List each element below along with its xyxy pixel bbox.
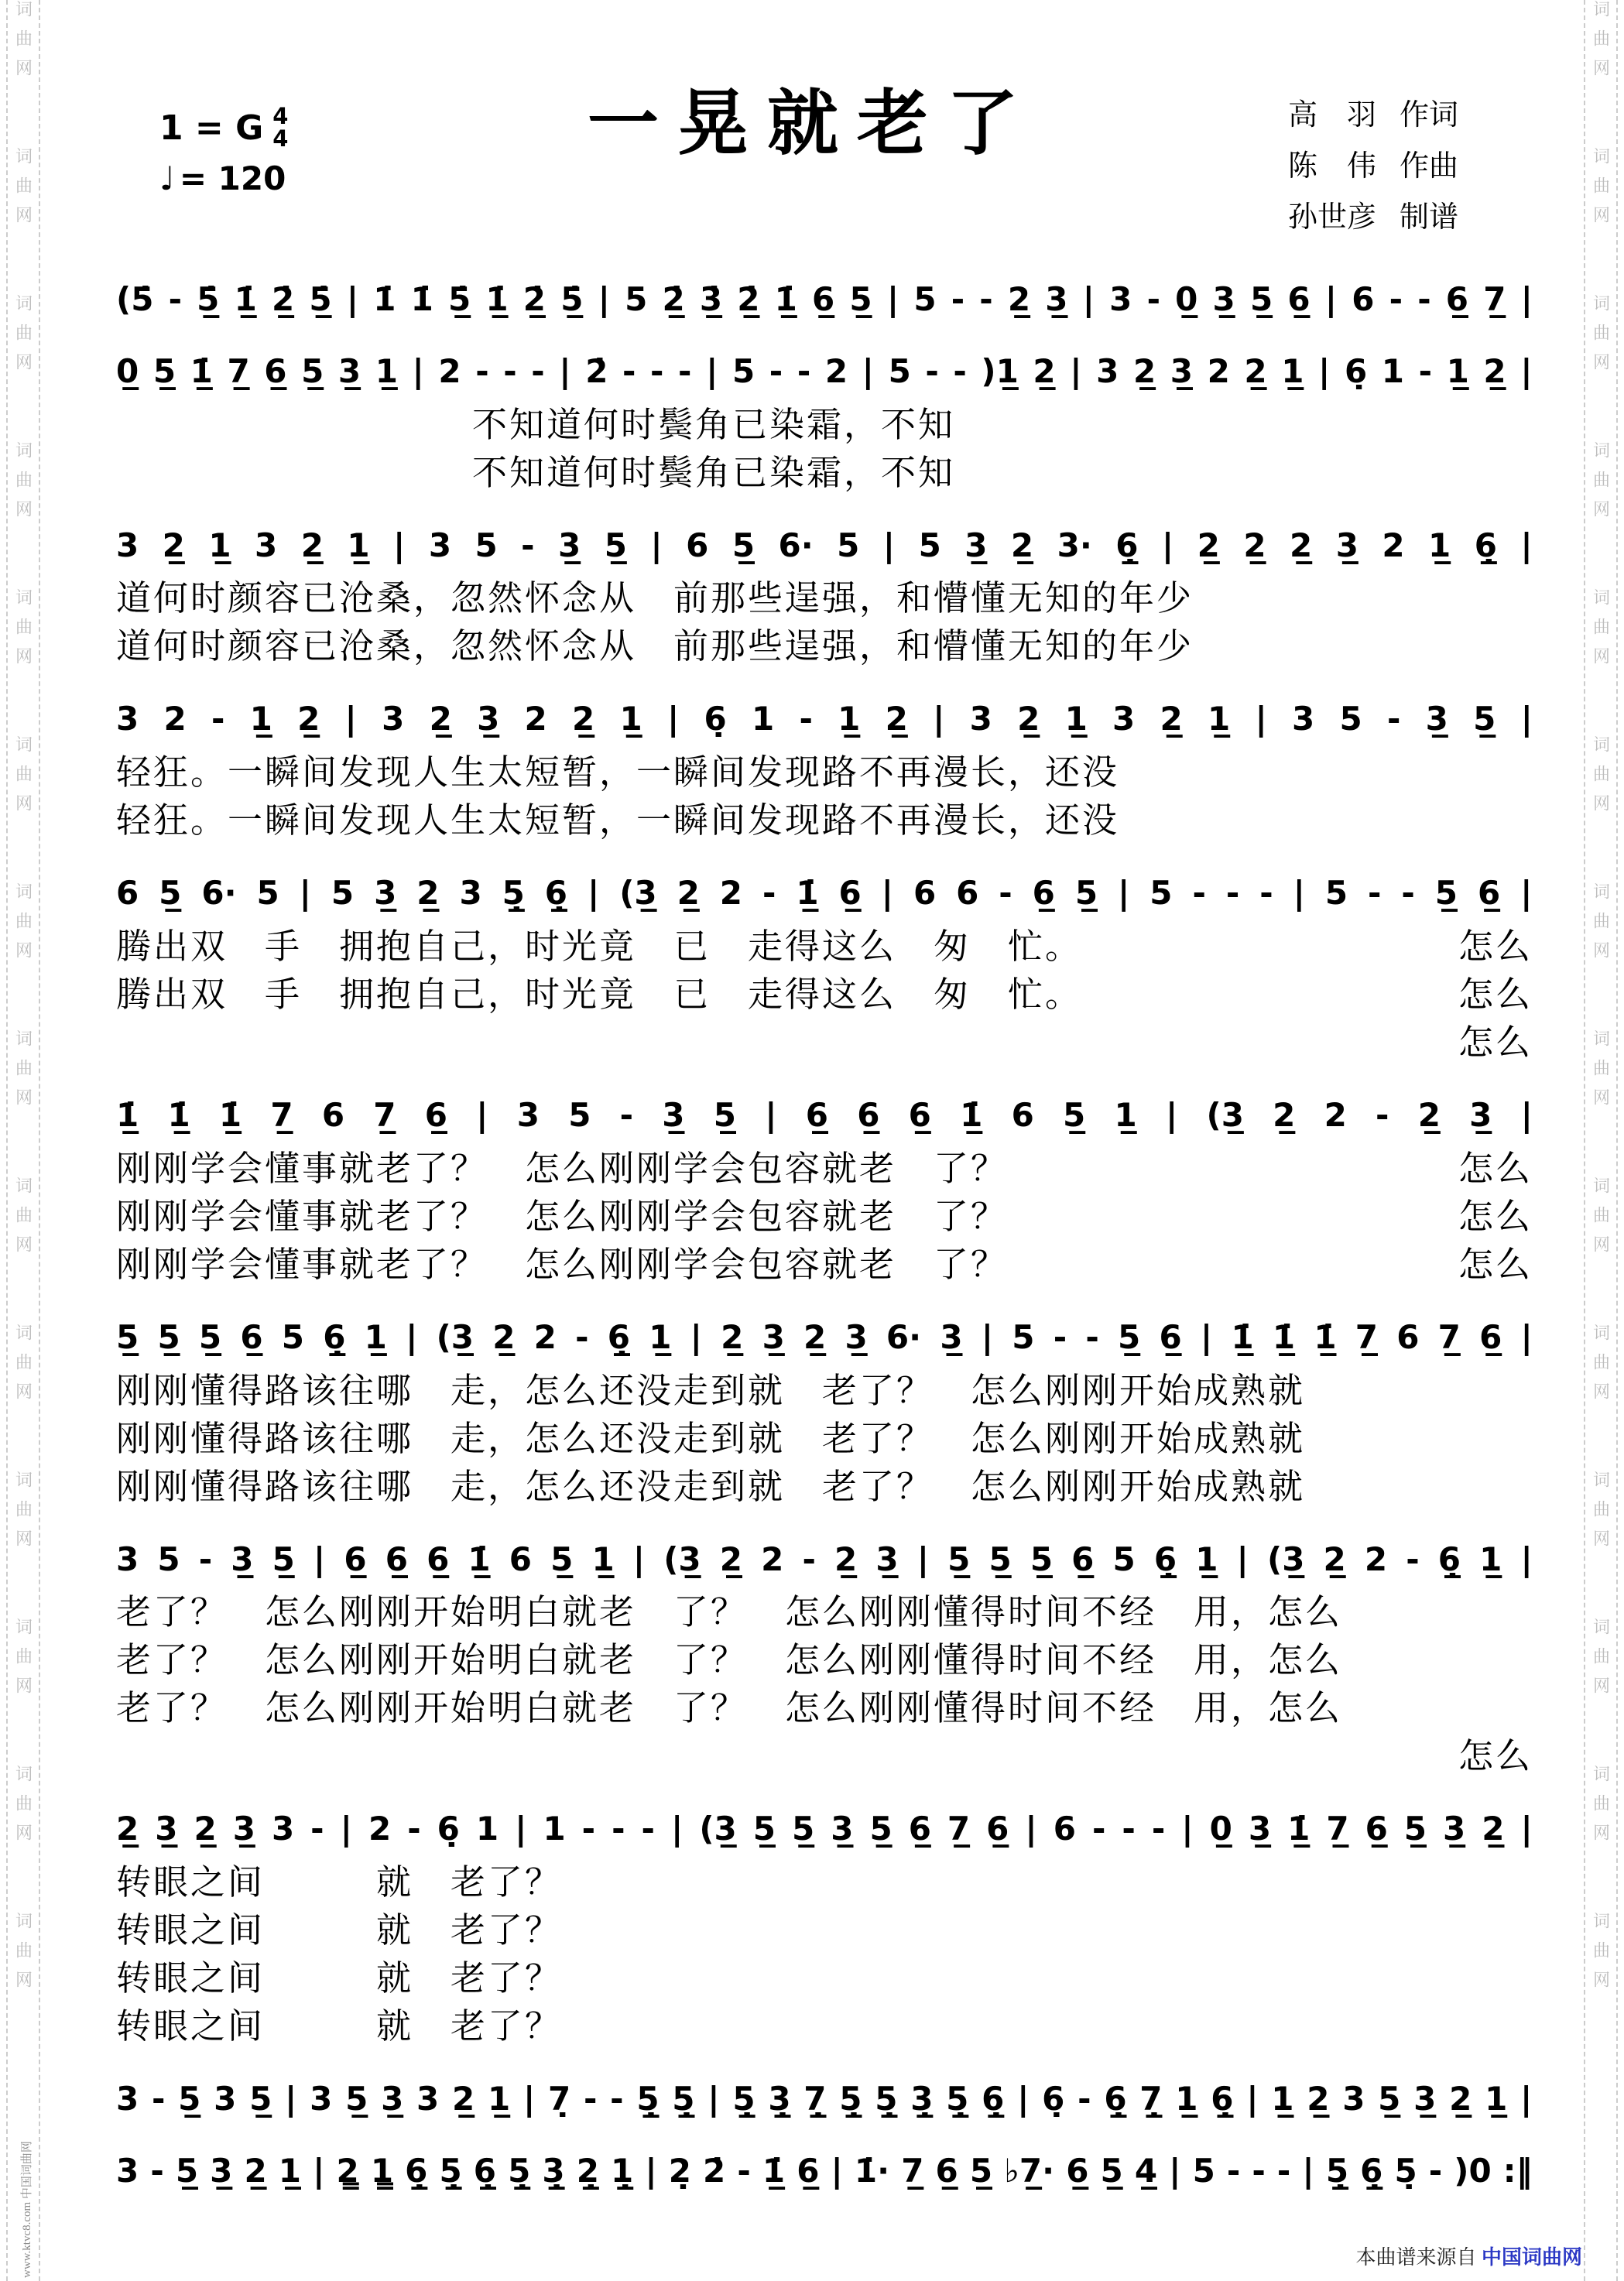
note-token: 2̲ bbox=[1482, 1807, 1504, 1852]
note-token: 6̲ bbox=[1479, 1315, 1502, 1361]
note-token: 3̲ bbox=[1045, 277, 1067, 323]
notation-line: 3-5̲3̲2̲1̲|2̳1̳6̣̲5̣̲6̣̲5̣̲3̣̲2̣̲1̣̲|2̣2… bbox=[116, 2149, 1533, 2194]
note-token: 3 bbox=[310, 2077, 332, 2122]
note-token: 2 bbox=[1208, 349, 1230, 395]
note-token: - bbox=[1401, 871, 1414, 916]
note-token: 6̣̲ bbox=[1115, 523, 1138, 569]
note-token: 3̲ bbox=[964, 523, 987, 569]
note-token: 5̣̲ bbox=[839, 2077, 862, 2122]
note-token: 5̲ bbox=[1030, 1537, 1053, 1583]
note-token: 6̣̲ bbox=[1438, 1537, 1461, 1583]
barline: | bbox=[588, 871, 599, 916]
corner-watermark: www.ktvc8.com 中国词曲网 bbox=[18, 2141, 34, 2278]
note-token: 3̲̇ bbox=[700, 277, 722, 323]
note-token: 1̇· bbox=[855, 2149, 889, 2194]
note-token: 5̣̲ bbox=[946, 2077, 968, 2122]
score-line: 3-5̲3̲2̲1̲|2̳1̳6̣̲5̣̲6̣̲5̣̲3̣̲2̣̲1̣̲|2̣2… bbox=[116, 2149, 1533, 2194]
barline: | bbox=[1166, 1093, 1177, 1139]
note-token: 5̣ bbox=[1394, 2149, 1417, 2194]
note-token: 5̲ bbox=[550, 1537, 573, 1583]
lyric-text: 不知道何时鬓角已染霜，不知 bbox=[472, 401, 955, 449]
note-token: 3 bbox=[116, 1537, 139, 1583]
note-token: 3 bbox=[255, 523, 277, 569]
note-token: 1̲ bbox=[250, 697, 272, 742]
lyric-text: 老了？ 怎么刚刚开始明白就老 了？ 怎么刚刚懂得时间不经 用，怎么 bbox=[116, 1636, 1342, 1684]
note-token: 2̲ bbox=[1243, 523, 1266, 569]
note-token: 2̲ bbox=[492, 1315, 515, 1361]
barline: | bbox=[1521, 1093, 1533, 1139]
note-token: 6̲ bbox=[1365, 1807, 1388, 1852]
barline: | bbox=[1521, 1807, 1533, 1852]
note-token: 3 bbox=[116, 2077, 139, 2122]
note-token: 2̲ bbox=[163, 523, 185, 569]
note-token: - bbox=[979, 277, 992, 323]
note-token: 6̲ bbox=[986, 1807, 1009, 1852]
note-token: - bbox=[762, 871, 776, 916]
note-token: 3 bbox=[429, 523, 451, 569]
notation-line: (5̇-5̲̇1̲̇2̲̇5̲̇|1̇1̇̇5̲̇1̲̇2̲̇5̲̇|52̲̇3… bbox=[116, 277, 1533, 323]
note-token: 2̲ bbox=[1160, 697, 1183, 742]
note-token: 2̲̇ bbox=[662, 277, 684, 323]
note-token: 6̲ bbox=[936, 2149, 958, 2194]
lyric-row: 转眼之间 就 老了？ bbox=[116, 2002, 1533, 2050]
note-token: - bbox=[953, 349, 966, 395]
note-token: 6· bbox=[779, 523, 814, 569]
note-token: 1̲ bbox=[1114, 1093, 1136, 1139]
notator-role: 制谱 bbox=[1400, 192, 1458, 243]
notation-line: 65̲6·5|53̲2̲35̣̲6̣̲|(3̲2̲2-1̲̇6̲|66-6̲5̲… bbox=[116, 871, 1533, 916]
barline: | bbox=[1521, 1315, 1533, 1361]
credits: 高 羽 作词 陈 伟 作曲 孙世彦 制谱 bbox=[1288, 90, 1458, 243]
note-token: 2̲ bbox=[1324, 1537, 1346, 1583]
barline: | bbox=[982, 1315, 993, 1361]
barline: | bbox=[1255, 697, 1266, 742]
note-token: 2̲ bbox=[430, 697, 452, 742]
note-token: - bbox=[1192, 871, 1205, 916]
note-token: 5̲ bbox=[272, 1537, 295, 1583]
lyric-row: 刚刚懂得路该往哪 走，怎么还没走到就 老了？ 怎么刚刚开始成熟就 bbox=[116, 1367, 1533, 1415]
note-token: 3̲ bbox=[662, 1093, 684, 1139]
note-token: 5̲ bbox=[1250, 277, 1273, 323]
note-token: 6̣ bbox=[1042, 2077, 1064, 2122]
note-token: 3 bbox=[116, 697, 139, 742]
note-token: 6̣ bbox=[437, 1807, 460, 1852]
lyric-row: 转眼之间 就 老了？ bbox=[116, 1954, 1533, 2002]
left-watermark-strip: 词曲网 词曲网 词曲网 词曲网 词曲网 词曲网 词曲网 词曲网 词曲网 词曲网 … bbox=[6, 0, 40, 2281]
lyric-row: 轻狂。一瞬间发现人生太短暂，一瞬间发现路不再漫长，还没 bbox=[116, 748, 1533, 796]
note-token: 5 bbox=[1193, 2149, 1215, 2194]
note-token: 6̲ bbox=[838, 871, 861, 916]
note-token: - bbox=[475, 349, 488, 395]
note-token: 2 bbox=[368, 1807, 391, 1852]
note-token: 6 bbox=[1012, 1093, 1034, 1139]
note-token: 6 bbox=[1396, 1315, 1419, 1361]
note-token: 4̲ bbox=[1135, 2149, 1157, 2194]
lyric-text: 腾出双 手 拥抱自己，时光竟 已 走得这么 匆 忙。 bbox=[116, 971, 1082, 1019]
note-token: 2̲ bbox=[720, 1537, 742, 1583]
note-token: - bbox=[1147, 277, 1160, 323]
lyric-text: 转眼之间 就 老了？ bbox=[116, 1858, 562, 1906]
note-token: 1̲ bbox=[1281, 349, 1304, 395]
barline: | bbox=[345, 697, 357, 742]
note-token: 3̲ bbox=[762, 1315, 785, 1361]
note-token: 5̲ bbox=[849, 277, 872, 323]
note-token: 5̲ bbox=[199, 1315, 221, 1361]
note-token: 1̲ bbox=[1208, 697, 1230, 742]
note-token: 5̲ bbox=[178, 2077, 200, 2122]
barline: | bbox=[708, 2077, 719, 2122]
note-token: 2̲ bbox=[572, 697, 594, 742]
note-token: 2̲ bbox=[1008, 277, 1030, 323]
note-token: 6̣̲ bbox=[405, 2149, 427, 2194]
note-token: 1̲ bbox=[1447, 349, 1469, 395]
lyric-row-end: 怎么 bbox=[1458, 1241, 1533, 1289]
note-token: 2 bbox=[1365, 1537, 1387, 1583]
note-token: 3 bbox=[1292, 697, 1314, 742]
note-token: 1̲ bbox=[347, 523, 369, 569]
note-token: - bbox=[1226, 871, 1239, 916]
lyric-text: 刚刚懂得路该往哪 走，怎么还没走到就 老了？ 怎么刚刚开始成熟就 bbox=[116, 1415, 1305, 1463]
lyric-row: 道何时颜容已沧桑，忽然怀念从 前那些逞强，和懵懂无知的年少 bbox=[116, 622, 1533, 670]
note-token: 3 bbox=[214, 2077, 236, 2122]
note-token: 2̲ bbox=[677, 871, 700, 916]
note-token: 1̲ bbox=[208, 523, 231, 569]
barline: | bbox=[598, 277, 610, 323]
note-token: 5̲ bbox=[301, 349, 324, 395]
right-watermark-text: 词曲网 词曲网 词曲网 词曲网 词曲网 词曲网 词曲网 词曲网 词曲网 词曲网 … bbox=[1589, 0, 1613, 2281]
barline: | bbox=[1181, 1807, 1193, 1852]
note-token: 3̲ bbox=[155, 1807, 177, 1852]
note-token: 2̣ bbox=[669, 2149, 691, 2194]
note-token: 5̲ bbox=[1118, 1315, 1140, 1361]
note-token: 6̲ bbox=[909, 1093, 931, 1139]
note-token: 6̣̲ bbox=[1360, 2149, 1382, 2194]
sheet-music-page: { "header": { "key_label": "1 = G", "tim… bbox=[0, 0, 1624, 2281]
note-token: 1̲̇ bbox=[796, 871, 818, 916]
note-token: - bbox=[951, 277, 964, 323]
note-token: 3 bbox=[116, 523, 139, 569]
lyric-row: 怎么 bbox=[116, 1732, 1533, 1780]
note-token: 6̲ bbox=[427, 1537, 449, 1583]
note-token: 2̲ bbox=[1011, 523, 1033, 569]
note-token: 5̣̲ bbox=[1326, 2149, 1348, 2194]
note-token: 6̣̲ bbox=[323, 1315, 345, 1361]
lyric-row: 刚刚学会懂事就老了？ 怎么刚刚学会包容就老 了？怎么 bbox=[116, 1241, 1533, 1289]
note-token: 1̲̇ bbox=[762, 2149, 785, 2194]
left-watermark-text: 词曲网 词曲网 词曲网 词曲网 词曲网 词曲网 词曲网 词曲网 词曲网 词曲网 … bbox=[12, 0, 36, 2281]
note-token: 5̣̲ bbox=[672, 2077, 694, 2122]
note-token: 1̣̲ bbox=[611, 2149, 633, 2194]
note-token: 5̲̇ bbox=[560, 277, 583, 323]
note-token: 2̲ bbox=[194, 1807, 216, 1852]
note-token: 5̲ bbox=[345, 2077, 368, 2122]
note-token: 3 bbox=[1112, 697, 1135, 742]
lyric-row: 转眼之间 就 老了？ bbox=[116, 1858, 1533, 1906]
note-token: 6̣̲ bbox=[1104, 2077, 1126, 2122]
note-token: - bbox=[1376, 1093, 1389, 1139]
note-token: 1̲ bbox=[1428, 523, 1451, 569]
note-token: (3̲ bbox=[437, 1315, 474, 1361]
notation-line: 2̲3̲2̲3̲3-|2-6̣1|1---|(3̲5̲5̲3̲5̲6̲7̲6̲|… bbox=[116, 1807, 1533, 1852]
note-token: 2̲ bbox=[1449, 2077, 1472, 2122]
barline: | bbox=[883, 523, 895, 569]
note-token: - bbox=[1122, 1807, 1135, 1852]
note-token: 1 bbox=[1382, 349, 1404, 395]
note-token: 3̲ bbox=[381, 2077, 403, 2122]
note-token: - bbox=[1389, 277, 1403, 323]
barline: | bbox=[1237, 1537, 1249, 1583]
note-token: - bbox=[575, 1315, 588, 1361]
barline: | bbox=[1520, 1537, 1532, 1583]
note-token: 6̣̲ bbox=[1154, 1537, 1177, 1583]
score-line: 0̲5̲1̲̇7̲6̲5̲3̲1̲|2---|2̇---|5--2|5--)1̲… bbox=[116, 349, 1533, 497]
note-token: 6 bbox=[956, 871, 978, 916]
note-token: 1̲ bbox=[1065, 697, 1088, 742]
note-token: 5̲ bbox=[1435, 871, 1458, 916]
barline: | bbox=[1520, 523, 1532, 569]
note-token: 7̲ bbox=[901, 2149, 923, 2194]
note-token: 1̲̇ bbox=[1273, 1315, 1295, 1361]
note-token: 6̣̲ bbox=[608, 1315, 630, 1361]
note-token: 2̲ bbox=[721, 1315, 743, 1361]
barline: | bbox=[1083, 277, 1095, 323]
note-token: 2̲̇ bbox=[737, 277, 759, 323]
note-token: - bbox=[737, 2149, 750, 2194]
note-token: )1̲ bbox=[981, 349, 1018, 395]
note-token: - bbox=[1277, 2149, 1290, 2194]
note-token: (3̲ bbox=[619, 871, 656, 916]
note-token: 5̲ bbox=[605, 523, 627, 569]
note-token: )0 bbox=[1454, 2149, 1491, 2194]
note-token: - bbox=[1419, 349, 1432, 395]
note-token: 3̲ bbox=[231, 1537, 253, 1583]
lyric-text: 老了？ 怎么刚刚开始明白就老 了？ 怎么刚刚懂得时间不经 用，怎么 bbox=[116, 1588, 1342, 1636]
note-token: 5̲ bbox=[753, 1807, 776, 1852]
barline: | bbox=[862, 349, 874, 395]
note-token: 1̲ bbox=[619, 697, 642, 742]
notation-line: 3-5̲35̲|35̲3̲32̲1̲|7̣--5̣̲5̣̲|5̣̲3̣̲7̣̲5… bbox=[116, 2077, 1533, 2122]
note-token: 3̲ bbox=[1413, 2077, 1436, 2122]
note-token: 6̲ bbox=[1071, 1537, 1094, 1583]
note-token: 6̲ bbox=[1159, 1315, 1181, 1361]
note-token: 5 bbox=[282, 1315, 304, 1361]
credit-composer: 陈 伟 作曲 bbox=[1288, 141, 1458, 192]
note-token: 6· bbox=[201, 871, 236, 916]
note-token: 3̣̲ bbox=[910, 2077, 933, 2122]
note-token: 3 bbox=[272, 1807, 294, 1852]
note-token: 1 bbox=[476, 1807, 499, 1852]
barline: | bbox=[1246, 2077, 1258, 2122]
lyric-text: 道何时颜容已沧桑，忽然怀念从 前那些逞强，和懵懂无知的年少 bbox=[116, 574, 1194, 622]
barline: | bbox=[523, 2077, 535, 2122]
lyricist-role: 作词 bbox=[1400, 90, 1458, 141]
note-token: - bbox=[1054, 1315, 1067, 1361]
note-token: - bbox=[620, 1093, 633, 1139]
lyric-row: 不知道何时鬓角已染霜，不知 bbox=[116, 401, 1533, 449]
note-token: 7̲ bbox=[227, 349, 249, 395]
lyric-row-end: 怎么 bbox=[1458, 971, 1533, 1019]
note-token: 1̲ bbox=[279, 2149, 301, 2194]
note-token: - bbox=[1152, 1807, 1165, 1852]
header: 1 = G 4 4 ♩ = 120 一晃就老了 高 羽 作词 陈 伟 作曲 孙世… bbox=[0, 0, 1624, 277]
note-token: 2 bbox=[1324, 1093, 1347, 1139]
lyric-row: 轻狂。一瞬间发现人生太短暂，一瞬间发现路不再漫长，还没 bbox=[116, 796, 1533, 844]
note-token: - bbox=[199, 1537, 212, 1583]
note-token: - bbox=[211, 697, 224, 742]
note-token: 2̇ bbox=[703, 2149, 725, 2194]
note-token: 6̣̲ bbox=[474, 2149, 496, 2194]
note-token: - bbox=[1227, 2149, 1240, 2194]
note-token: 5̲ bbox=[159, 871, 181, 916]
note-token: 1̲̇ bbox=[219, 1093, 242, 1139]
note-token: 3̲ bbox=[233, 1807, 255, 1852]
barline: | bbox=[1521, 697, 1533, 742]
note-token: - bbox=[310, 1807, 324, 1852]
note-token: 5̲ bbox=[1075, 871, 1098, 916]
lyric-text: 轻狂。一瞬间发现人生太短暂，一瞬间发现路不再漫长，还没 bbox=[116, 748, 1119, 796]
note-token: 6 bbox=[322, 1093, 344, 1139]
lyric-text: 转眼之间 就 老了？ bbox=[116, 1954, 562, 2002]
footer-prefix: 本曲谱来源自 bbox=[1355, 2246, 1476, 2269]
note-token: 6̲ bbox=[857, 1093, 879, 1139]
barline: | bbox=[1201, 1315, 1212, 1361]
note-token: - bbox=[925, 349, 938, 395]
note-token: 5 bbox=[837, 523, 859, 569]
note-token: 1̲ bbox=[649, 1315, 671, 1361]
composer-name: 陈 伟 bbox=[1288, 141, 1376, 192]
note-token: 3̲ bbox=[558, 523, 581, 569]
note-token: - bbox=[1252, 2149, 1265, 2194]
barline: | bbox=[831, 2149, 843, 2194]
lyric-row: 转眼之间 就 老了？ bbox=[116, 1906, 1533, 1954]
note-token: 2̲ bbox=[1133, 349, 1156, 395]
note-token: 1̲̇ bbox=[1287, 1807, 1310, 1852]
lyric-row: 刚刚懂得路该往哪 走，怎么还没走到就 老了？ 怎么刚刚开始成熟就 bbox=[116, 1415, 1533, 1463]
note-token: - bbox=[150, 2149, 163, 2194]
note-token: - bbox=[797, 349, 810, 395]
note-token: - bbox=[1429, 2149, 1442, 2194]
barline: | bbox=[1521, 277, 1533, 323]
note-token: 5̣̲ bbox=[502, 871, 525, 916]
barline: | bbox=[633, 1537, 645, 1583]
note-token: 5̣̲ bbox=[636, 2077, 659, 2122]
lyric-row-end: 怎么 bbox=[1458, 1193, 1533, 1241]
note-token: 1̲̇ bbox=[116, 1093, 139, 1139]
note-token: 7̣̲ bbox=[1139, 2077, 1162, 2122]
note-token: (3̲ bbox=[699, 1807, 736, 1852]
note-token: 2̲̇ bbox=[272, 277, 294, 323]
note-token: 2 bbox=[1382, 523, 1404, 569]
note-token: - bbox=[582, 1807, 595, 1852]
barline: | bbox=[515, 1807, 526, 1852]
lyric-row-end: 怎么 bbox=[1458, 923, 1533, 971]
note-token: - bbox=[584, 2077, 597, 2122]
note-token: 5̣̲ bbox=[875, 2077, 897, 2122]
note-token: - bbox=[1259, 871, 1273, 916]
credit-lyricist: 高 羽 作词 bbox=[1288, 90, 1458, 141]
note-token: 5̲ bbox=[869, 1807, 892, 1852]
composer-role: 作曲 bbox=[1400, 141, 1458, 192]
note-token: 1 bbox=[543, 1807, 565, 1852]
footer-site-link[interactable]: 中国词曲网 bbox=[1482, 2246, 1582, 2269]
note-token: 2 bbox=[825, 349, 848, 395]
note-token: - bbox=[407, 1807, 420, 1852]
lyric-row-end: 怎么 bbox=[1458, 1019, 1533, 1067]
note-token: 5 bbox=[1325, 871, 1348, 916]
note-token: 1̲ bbox=[1485, 2077, 1507, 2122]
note-token: 3̲ bbox=[1443, 1807, 1465, 1852]
score-line: 32-1̲2̲|32̲3̲22̲1̲|6̣1-1̲2̲|32̲1̲32̲1̲|3… bbox=[116, 697, 1533, 844]
barline: | bbox=[706, 349, 718, 395]
barline: | bbox=[917, 1537, 929, 1583]
barline: | bbox=[285, 2077, 296, 2122]
note-token: 3 bbox=[382, 697, 404, 742]
note-token: 3 bbox=[1096, 349, 1119, 395]
note-token: 6̲ bbox=[425, 1093, 447, 1139]
note-token: (3̲ bbox=[663, 1537, 701, 1583]
note-token: 2 bbox=[720, 871, 742, 916]
notation-line: 1̲̇1̲̇1̲̇7̲67̲6̲|35-3̲5̲|6̲6̲6̲1̲̇65̲1̲|… bbox=[116, 1093, 1533, 1139]
barline: | bbox=[1017, 2077, 1029, 2122]
barline: | bbox=[650, 523, 662, 569]
note-token: 6̲ bbox=[1478, 871, 1500, 916]
note-token: - bbox=[1092, 1807, 1105, 1852]
note-token: (3̲ bbox=[1267, 1537, 1304, 1583]
note-token: 2̲ bbox=[1017, 697, 1040, 742]
footer-attribution: 本曲谱来源自 中国词曲网 bbox=[1355, 2242, 1582, 2270]
note-token: 3̲ bbox=[875, 1537, 898, 1583]
note-token: 1̲ bbox=[1175, 2077, 1197, 2122]
note-token: 3̲ bbox=[210, 2149, 232, 2194]
note-token: 7̣ bbox=[548, 2077, 570, 2122]
barline: | bbox=[690, 1315, 702, 1361]
note-token: 6 bbox=[509, 1537, 532, 1583]
note-token: 2 bbox=[163, 697, 186, 742]
note-token: - bbox=[610, 2077, 623, 2122]
note-token: 2̣̲ bbox=[577, 2149, 599, 2194]
lyric-text: 腾出双 手 拥抱自己，时光竟 已 走得这么 匆 忙。 bbox=[116, 923, 1082, 971]
note-token: 5 bbox=[625, 277, 647, 323]
barline: | bbox=[393, 523, 405, 569]
score-line: 2̲3̲2̲3̲3-|2-6̣1|1---|(3̲5̲5̲3̲5̲6̲7̲6̲|… bbox=[116, 1807, 1533, 2050]
note-token: 6̲ bbox=[909, 1807, 931, 1852]
note-token: 5̲ bbox=[1063, 1093, 1085, 1139]
note-token: - bbox=[1368, 871, 1381, 916]
note-token: 5 bbox=[256, 871, 279, 916]
note-token: 2̲ bbox=[803, 1315, 826, 1361]
note-token: 5 bbox=[475, 523, 497, 569]
score-line: 1̲̇1̲̇1̲̇7̲67̲6̲|35-3̲5̲|6̲6̲6̲1̲̇65̲1̲|… bbox=[116, 1093, 1533, 1289]
barline: | bbox=[413, 349, 424, 395]
lyric-text: 道何时颜容已沧桑，忽然怀念从 前那些逞强，和懵懂无知的年少 bbox=[116, 622, 1194, 670]
note-token: ♭7̲· bbox=[1004, 2149, 1054, 2194]
barline: | bbox=[476, 1093, 488, 1139]
barline: | bbox=[645, 2149, 656, 2194]
score-line: (5̇-5̲̇1̲̇2̲̇5̲̇|1̇1̇̇5̲̇1̲̇2̲̇5̲̇|52̲̇3… bbox=[116, 277, 1533, 323]
note-token: 2̲ bbox=[416, 871, 439, 916]
note-token: 6̲ bbox=[264, 349, 286, 395]
note-token: 2̲ bbox=[301, 523, 324, 569]
note-token: 3̲ bbox=[1249, 1807, 1271, 1852]
notator-name: 孙世彦 bbox=[1288, 192, 1376, 243]
lyric-text: 刚刚学会懂事就老了？ 怎么刚刚学会包容就老 了？ bbox=[116, 1241, 1008, 1289]
note-token: 1̇ bbox=[373, 277, 396, 323]
lyric-row: 老了？ 怎么刚刚开始明白就老 了？ 怎么刚刚懂得时间不经 用，怎么 bbox=[116, 1684, 1533, 1732]
note-token: 3 bbox=[1342, 2077, 1365, 2122]
barline: | bbox=[1169, 2149, 1180, 2194]
note-token: 3 bbox=[416, 2077, 439, 2122]
note-token: 5 bbox=[331, 871, 354, 916]
